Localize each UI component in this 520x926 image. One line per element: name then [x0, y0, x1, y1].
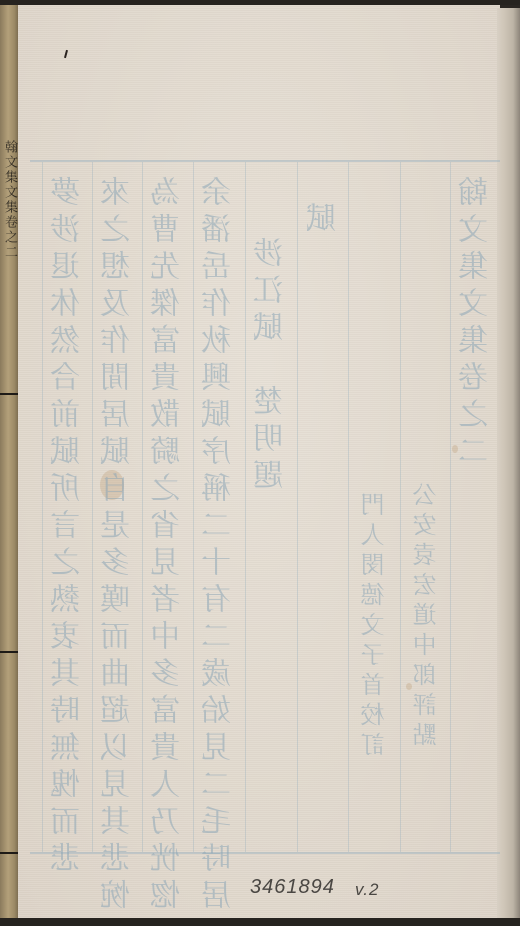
bleed-column-editor: 門人閔德文子首校訂: [350, 492, 400, 762]
scanner-bottom-edge: [0, 918, 520, 926]
bleed-column-title: 翰文集文集卷之二: [452, 176, 502, 472]
column-rule: [348, 162, 349, 852]
pencil-tick-mark: [64, 50, 68, 58]
column-rule: [400, 162, 401, 852]
volume-label: v.2: [355, 880, 379, 900]
scanned-book-page: 翰文集文集卷之二 翰文集文集卷之二 公安袁宏道中郎評點 門人閔德文子首校訂 賦 …: [0, 0, 520, 926]
bleed-column-body: 來之想及作閒居賦自是多嘆而曲超以見其悲惋: [94, 176, 144, 916]
book-spine-edge: 翰文集文集卷之二: [0, 5, 18, 918]
column-rule: [42, 162, 43, 852]
spine-mark: [0, 651, 18, 653]
catalog-number: 3461894: [250, 876, 335, 899]
bleed-through-text-frame: 翰文集文集卷之二 公安袁宏道中郎評點 門人閔德文子首校訂 賦 涉江賦 楚明題 余…: [30, 160, 500, 854]
column-rule: [297, 162, 298, 852]
bleed-column-genre: 賦: [300, 202, 350, 239]
spine-mark: [0, 393, 18, 395]
bleed-column-body: 余潘岳作秋興賦序稱二十有二歲始見二毛時居: [195, 176, 245, 916]
spine-mark: [0, 852, 18, 854]
bleed-column-body: 為曹先傑富貴散騎之省見者中多富貴人乃恍惚: [144, 176, 194, 916]
bleed-column-author: 公安袁宏道中郎評點: [402, 482, 452, 752]
spine-title: 翰文集文集卷之二: [2, 140, 16, 260]
column-rule: [245, 162, 246, 852]
bleed-column-work-title: 涉江賦 楚明題: [247, 237, 297, 496]
bleed-column-body: 夢涉退休然合前賦所言之熱衷其時無愧而悲: [44, 176, 94, 879]
